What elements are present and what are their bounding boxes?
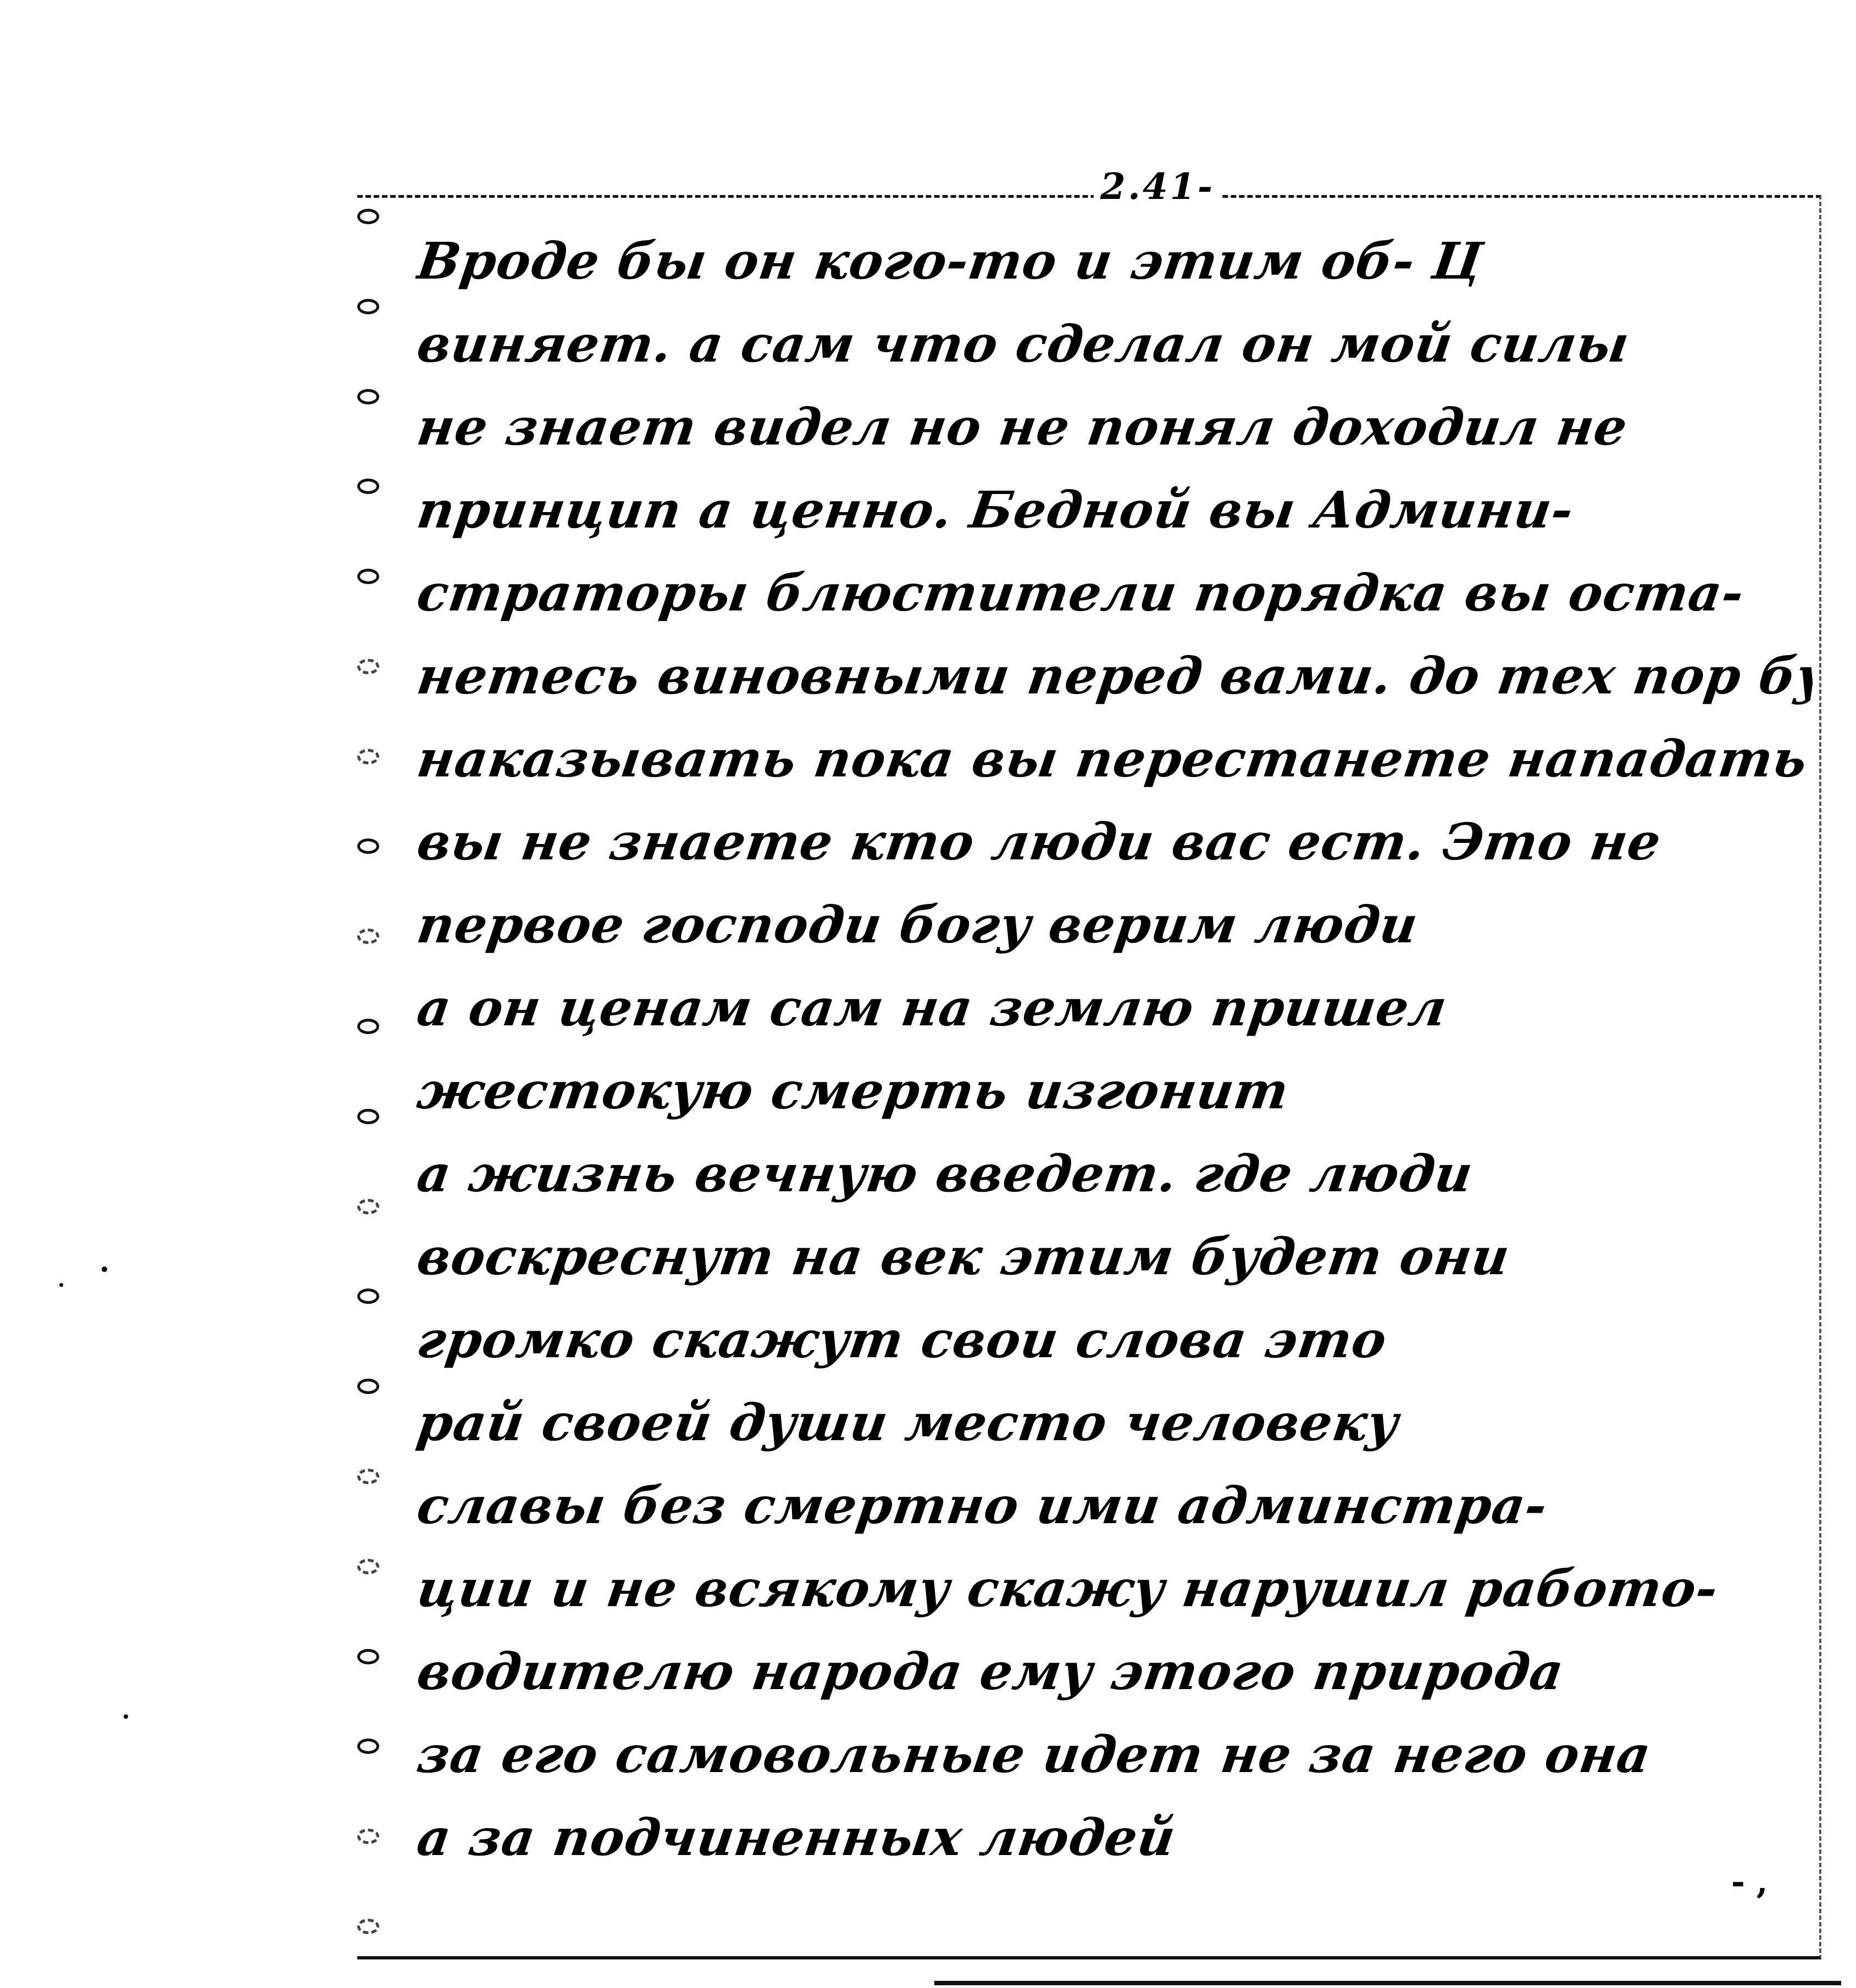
binding-hole-icon	[357, 749, 379, 764]
handwritten-text-body: Вроде бы он кого-то и этим об- Ц виняет.…	[418, 220, 1814, 1879]
text-line: а за подчиненных людей	[412, 1796, 1819, 1879]
binding-hole-icon	[357, 1739, 379, 1754]
binding-hole-icon	[357, 1019, 379, 1034]
binding-hole-icon	[357, 838, 379, 854]
scan-speck	[59, 1283, 63, 1287]
text-line: а жизнь вечную введет. где люди	[412, 1132, 1819, 1215]
text-line: за его самовольные идет не за него она	[412, 1713, 1819, 1796]
text-line: принцип а ценно. Бедной вы Админи-	[412, 469, 1819, 552]
binding-hole-icon	[357, 1379, 379, 1394]
binding-hole-icon	[357, 389, 379, 404]
text-line: водителю народа ему этого природа	[412, 1630, 1819, 1713]
text-line: рай своей души место человеку	[412, 1381, 1819, 1464]
text-line: ции и не всякому скажу нарушил работо-	[412, 1547, 1819, 1630]
binding-hole-icon	[357, 1919, 379, 1934]
binding-hole-icon	[357, 209, 379, 224]
text-line: наказывать пока вы перестанете нападать	[412, 718, 1819, 801]
binding-hole-icon	[357, 1559, 379, 1574]
text-line: славы без смертно ими админстра-	[412, 1464, 1819, 1547]
binding-hole-icon	[357, 299, 379, 314]
binding-hole-icon	[357, 1829, 379, 1844]
binding-hole-icon	[357, 569, 379, 584]
binding-hole-icon	[357, 1199, 379, 1214]
binding-hole-icon	[357, 1109, 379, 1124]
binding-hole-icon	[357, 929, 379, 944]
margin-mark: - ,	[1731, 1863, 1768, 1901]
scan-speck	[124, 1714, 128, 1719]
text-line: не знает видел но не понял доходил не	[412, 386, 1819, 469]
text-line: первое господи богу верим люди	[412, 884, 1819, 967]
text-line: страторы блюстители порядка вы оста-	[412, 552, 1819, 635]
text-line: вы не знаете кто люди вас ест. Это не	[412, 801, 1819, 884]
text-line: Вроде бы он кого-то и этим об- Ц	[412, 220, 1819, 303]
bottom-edge-line	[934, 1981, 1841, 1985]
text-line: нетесь виновными перед вами. до тех пор …	[412, 635, 1819, 718]
binding-hole-icon	[357, 1469, 379, 1484]
binding-hole-icon	[357, 659, 379, 674]
text-line: воскреснут на век этим будет они	[412, 1215, 1819, 1298]
scan-speck	[102, 1267, 107, 1272]
text-line: а он ценам сам на землю пришел	[412, 967, 1819, 1049]
binding-holes	[352, 209, 385, 1934]
binding-hole-icon	[357, 1289, 379, 1304]
text-line: жестокую смерть изгонит	[412, 1049, 1819, 1132]
binding-hole-icon	[357, 1649, 379, 1664]
text-line: виняет. а сам что сделал он мой силы	[412, 303, 1819, 386]
page-number: 2.41-	[1094, 165, 1221, 208]
binding-hole-icon	[357, 479, 379, 494]
text-line: громко скажут свои слова это	[412, 1298, 1819, 1381]
